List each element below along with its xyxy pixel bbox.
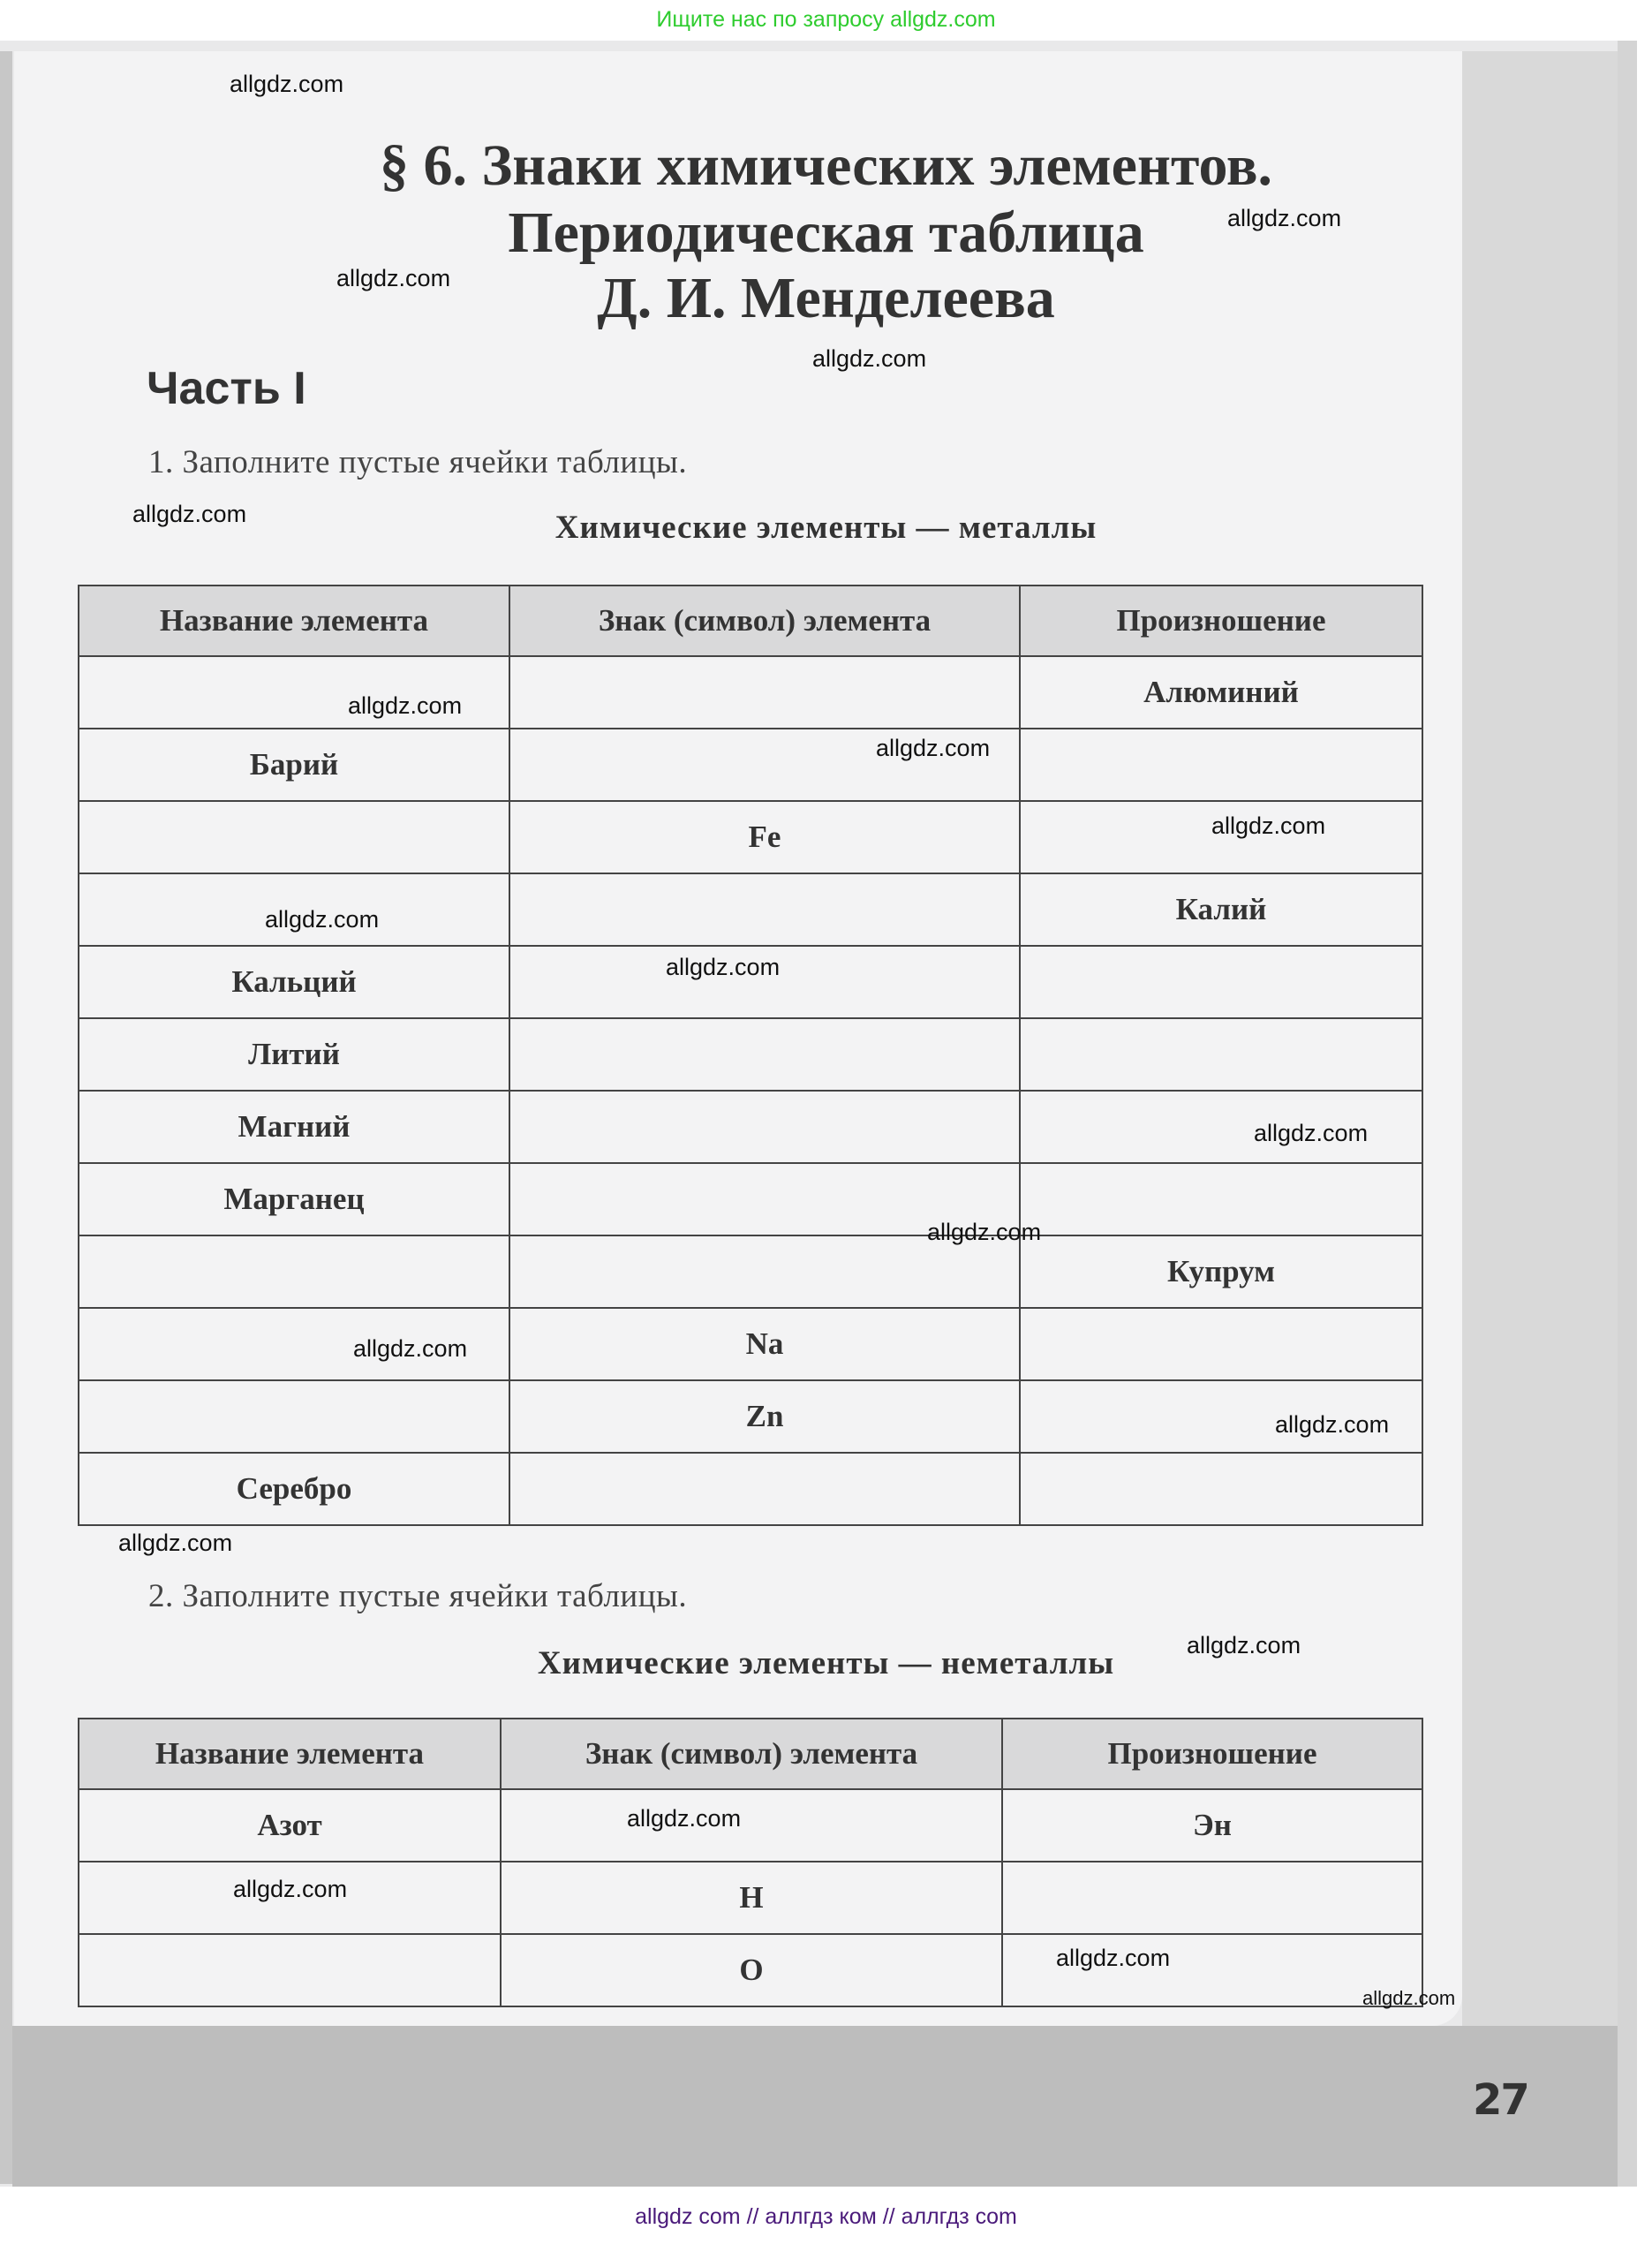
cell-element-symbol[interactable]: [509, 873, 1020, 946]
cell-element-symbol[interactable]: [509, 1091, 1020, 1163]
cell-pronunciation[interactable]: [1002, 1862, 1422, 1934]
table-row: Магний: [79, 1091, 1422, 1163]
task2-caption: Химические элементы — неметаллы: [0, 1644, 1652, 1682]
metals-table: Название элемента Знак (символ) элемента…: [78, 585, 1423, 1526]
table-row: Алюминий: [79, 656, 1422, 729]
cell-element-symbol[interactable]: [509, 1453, 1020, 1525]
cell-element-name[interactable]: Магний: [79, 1091, 509, 1163]
cell-element-symbol[interactable]: Fe: [509, 801, 1020, 873]
column-header-symbol: Знак (символ) элемента: [509, 586, 1020, 656]
table-row: Серебро: [79, 1453, 1422, 1525]
section-title-line-3: Д. И. Менделеева: [0, 265, 1652, 332]
watermark: allgdz.com: [348, 692, 462, 720]
table-row: Барий: [79, 729, 1422, 801]
task1-caption: Химические элементы — металлы: [0, 509, 1652, 547]
cell-element-name[interactable]: Литий: [79, 1018, 509, 1091]
cell-pronunciation[interactable]: [1020, 1453, 1422, 1525]
table-header-row: Название элемента Знак (символ) элемента…: [79, 586, 1422, 656]
page-side-band: [1462, 51, 1618, 2026]
cell-element-name[interactable]: Барий: [79, 729, 509, 801]
watermark: allgdz.com: [353, 1335, 467, 1363]
cell-element-name[interactable]: [79, 1235, 509, 1308]
search-banner: Ищите нас по запросу allgdz.com: [0, 0, 1652, 39]
column-header-name: Название элемента: [79, 1719, 501, 1789]
cell-element-symbol[interactable]: [501, 1789, 1002, 1862]
cell-element-name[interactable]: Кальций: [79, 946, 509, 1018]
page-number: 27: [1473, 2075, 1528, 2125]
cell-pronunciation[interactable]: Алюминий: [1020, 656, 1422, 729]
watermark: allgdz.com: [265, 906, 379, 933]
column-header-symbol: Знак (символ) элемента: [501, 1719, 1002, 1789]
cell-element-symbol[interactable]: Na: [509, 1308, 1020, 1380]
watermark: allgdz.com: [1187, 1632, 1301, 1659]
footer-links: allgdz com // аллгдз ком // аллгдз com: [0, 2204, 1652, 2230]
watermark: allgdz.com: [666, 954, 780, 981]
watermark: allgdz.com: [812, 345, 926, 373]
cell-pronunciation[interactable]: [1020, 1308, 1422, 1380]
cell-element-name[interactable]: [79, 1934, 501, 2006]
cell-element-symbol[interactable]: [509, 1235, 1020, 1308]
cell-element-symbol[interactable]: [509, 1018, 1020, 1091]
watermark: allgdz.com: [1056, 1945, 1170, 1972]
cell-pronunciation[interactable]: [1020, 1163, 1422, 1235]
watermark: allgdz.com: [1227, 205, 1341, 232]
cell-element-name[interactable]: Серебро: [79, 1453, 509, 1525]
nonmetals-table: Название элемента Знак (символ) элемента…: [78, 1718, 1423, 2007]
cell-element-name[interactable]: Азот: [79, 1789, 501, 1862]
cell-pronunciation[interactable]: [1020, 946, 1422, 1018]
section-title-line-1: § 6. Знаки химических элементов.: [0, 132, 1652, 200]
cell-element-name[interactable]: [79, 1380, 509, 1453]
cell-pronunciation[interactable]: [1020, 1018, 1422, 1091]
page-edge-right: [1618, 41, 1637, 2187]
table-row: Купрум: [79, 1235, 1422, 1308]
watermark: allgdz.com: [1362, 1987, 1455, 2010]
cell-element-symbol[interactable]: Zn: [509, 1380, 1020, 1453]
watermark: allgdz.com: [876, 735, 990, 762]
page-edge-left: [0, 51, 12, 2184]
task2-instruction: 2. Заполните пустые ячейки таблицы.: [148, 1577, 687, 1615]
table-row: Na: [79, 1308, 1422, 1380]
column-header-name: Название элемента: [79, 586, 509, 656]
cell-element-name[interactable]: [79, 801, 509, 873]
watermark: allgdz.com: [1211, 812, 1325, 840]
watermark: allgdz.com: [627, 1805, 741, 1832]
section-title-line-2: Периодическая таблица: [0, 200, 1652, 267]
task1-instruction: 1. Заполните пустые ячейки таблицы.: [148, 443, 687, 481]
watermark: allgdz.com: [132, 501, 246, 528]
cell-pronunciation[interactable]: Калий: [1020, 873, 1422, 946]
watermark: allgdz.com: [118, 1530, 232, 1557]
table-row: Литий: [79, 1018, 1422, 1091]
watermark: allgdz.com: [1275, 1411, 1389, 1439]
cell-element-name[interactable]: Марганец: [79, 1163, 509, 1235]
cell-element-symbol[interactable]: [509, 656, 1020, 729]
cell-pronunciation[interactable]: Купрум: [1020, 1235, 1422, 1308]
watermark: allgdz.com: [230, 71, 343, 98]
cell-pronunciation[interactable]: [1020, 729, 1422, 801]
watermark: allgdz.com: [336, 265, 450, 292]
table-header-row: Название элемента Знак (символ) элемента…: [79, 1719, 1422, 1789]
table-row: АзотЭн: [79, 1789, 1422, 1862]
table-row: Zn: [79, 1380, 1422, 1453]
column-header-pronunciation: Произношение: [1002, 1719, 1422, 1789]
watermark: allgdz.com: [233, 1876, 347, 1903]
cell-pronunciation[interactable]: Эн: [1002, 1789, 1422, 1862]
watermark: allgdz.com: [927, 1219, 1041, 1246]
column-header-pronunciation: Произношение: [1020, 586, 1422, 656]
watermark: allgdz.com: [1254, 1120, 1368, 1147]
table-row: Марганец: [79, 1163, 1422, 1235]
table-row: O: [79, 1934, 1422, 2006]
page-bottom-band: [12, 2026, 1618, 2187]
cell-element-symbol[interactable]: O: [501, 1934, 1002, 2006]
cell-element-symbol[interactable]: H: [501, 1862, 1002, 1934]
part-heading: Часть I: [147, 362, 306, 415]
